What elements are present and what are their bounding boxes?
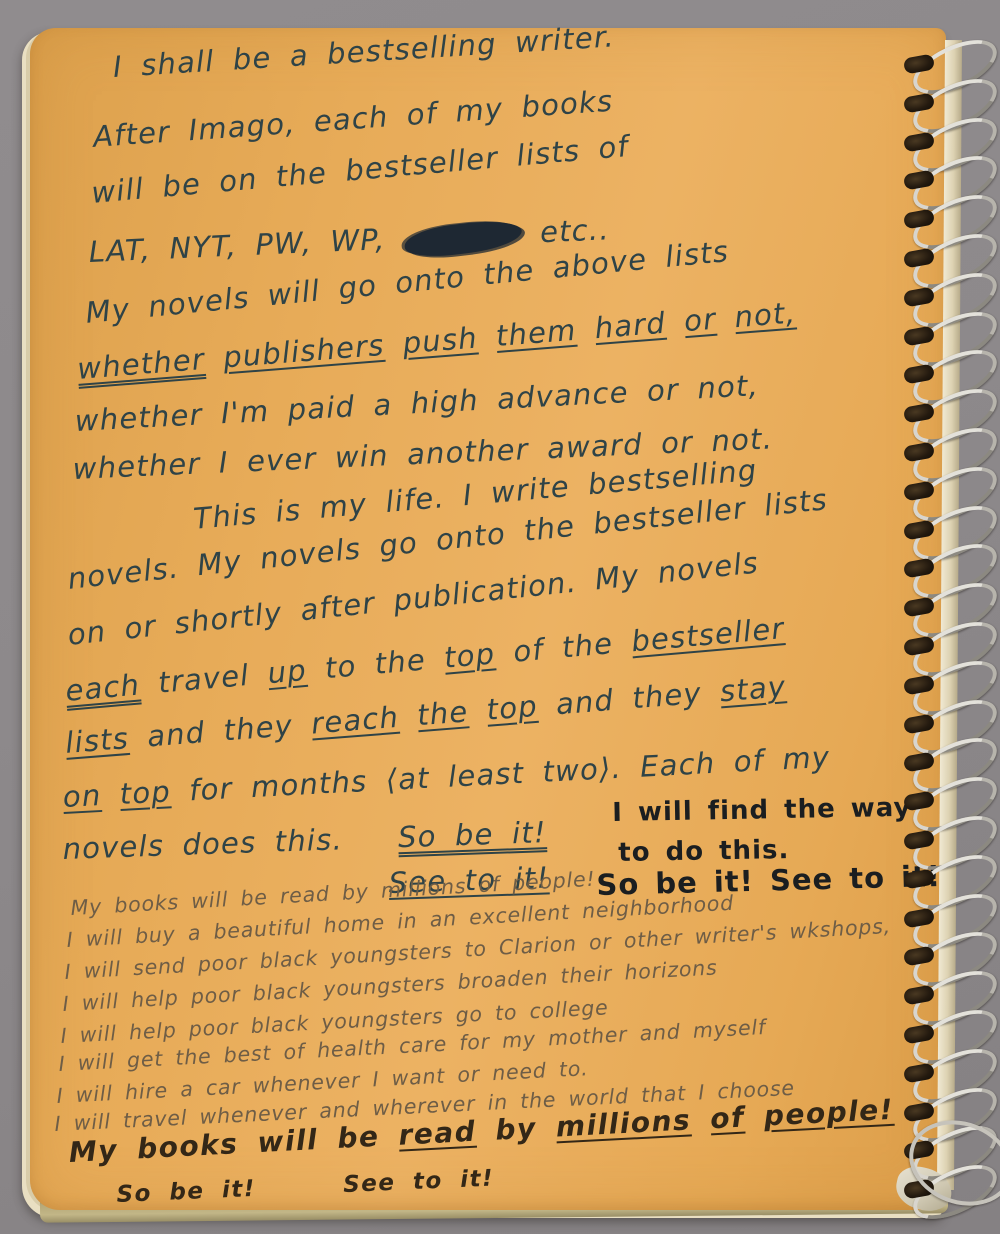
marker-line: I will find the way (612, 793, 912, 828)
text-segment: reach (310, 700, 400, 741)
text-segment: top (485, 689, 539, 727)
text-segment: millions (555, 1103, 692, 1143)
text-segment: top (443, 636, 497, 674)
text-segment: people! (763, 1093, 895, 1133)
text-segment: I will find the way (612, 793, 912, 828)
text-segment: read (398, 1115, 477, 1152)
text-segment: them (495, 313, 578, 353)
text-segment: on (62, 778, 102, 814)
text-segment: up (266, 653, 308, 690)
text-segment: not, (733, 295, 797, 334)
text-segment: hard (593, 306, 667, 345)
text-segment: stay (719, 669, 788, 708)
text-segment (100, 777, 120, 812)
text-segment: of (709, 1101, 745, 1136)
text-segment (690, 1102, 711, 1136)
text-segment: each (64, 667, 141, 707)
text-segment: etc.. (521, 212, 610, 250)
text-segment: or (683, 302, 718, 338)
text-segment: So be it! (397, 815, 547, 854)
text-segment (744, 1100, 765, 1134)
text-segment: by (475, 1110, 556, 1147)
notebook-photo: I shall be a bestselling writer. After I… (0, 0, 1000, 1234)
text-segment: push (401, 321, 479, 361)
text-segment: top (119, 774, 172, 811)
text-segment: lists (64, 721, 130, 760)
text-segment: the (416, 694, 470, 732)
